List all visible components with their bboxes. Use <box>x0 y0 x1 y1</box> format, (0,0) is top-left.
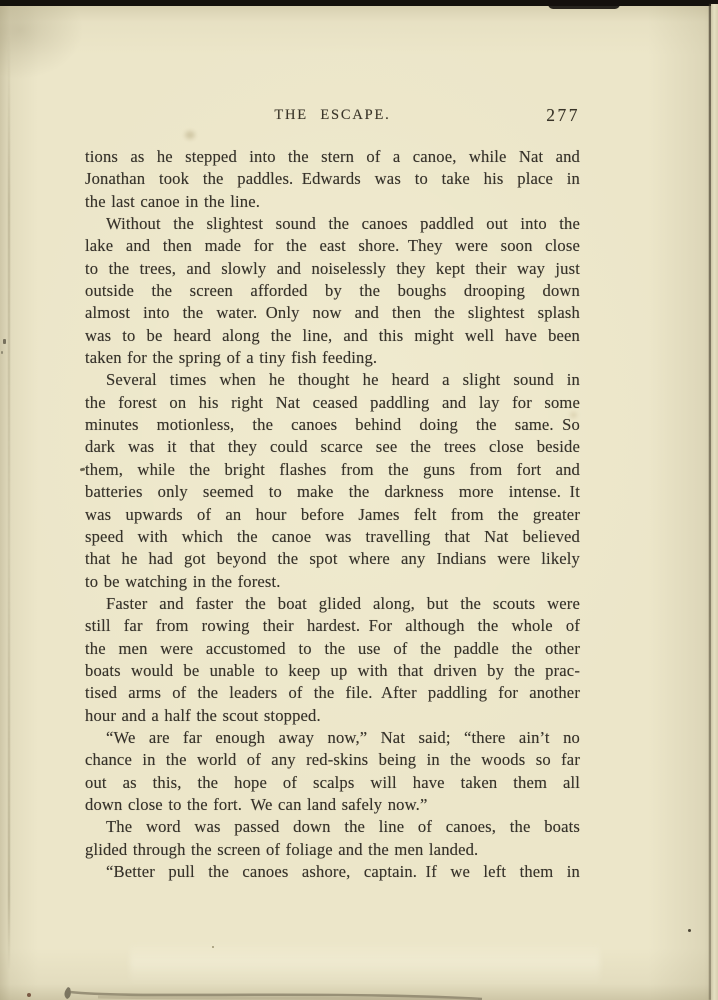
text-line: outside the screen afforded by the bough… <box>85 280 580 302</box>
text-line: was upwards of an hour before James felt… <box>85 504 580 526</box>
text-line: taken for the spring of a tiny fish feed… <box>85 347 580 369</box>
text-line: was to be heard along the line, and this… <box>85 325 580 347</box>
paragraph: Faster and faster the boat glided along,… <box>85 593 580 727</box>
page-crease-left <box>8 36 10 970</box>
page-title: THE ESCAPE. <box>85 107 580 124</box>
text-line: them, while the bright flashes from the … <box>85 459 580 481</box>
text-line: to be watching in the forest. <box>85 571 580 593</box>
ink-speck <box>3 339 6 344</box>
text-line: that he had got beyond the spot where an… <box>85 548 580 570</box>
text-line: down close to the fort. We can land safe… <box>85 794 580 816</box>
text-line: still far from rowing their hardest. For… <box>85 615 580 637</box>
ink-speck <box>1 351 3 354</box>
text-line: Faster and faster the boat glided along,… <box>85 593 580 615</box>
text-line: Without the slightest sound the canoes p… <box>85 213 580 235</box>
text-line: “Better pull the canoes ashore, captain.… <box>85 861 580 883</box>
text-line: out as this, the hope of scalps will hav… <box>85 772 580 794</box>
text-line: hour and a half the scout stopped. <box>85 705 580 727</box>
text-line: The word was passed down the line of can… <box>85 816 580 838</box>
text-line: speed with which the canoe was travellin… <box>85 526 580 548</box>
text-line: the forest on his right Nat ceased paddl… <box>85 392 580 414</box>
text-line: dark was it that they could scarce see t… <box>85 436 580 458</box>
text-line: batteries only seemed to make the darkne… <box>85 481 580 503</box>
paragraph: “Better pull the canoes ashore, captain.… <box>85 861 580 883</box>
text-line: the men were accustomed to the use of th… <box>85 638 580 660</box>
text-line: minutes motionless, the canoes behind do… <box>85 414 580 436</box>
text-block: tions as he stepped into the stern of a … <box>85 146 580 883</box>
text-line: Several times when he thought he heard a… <box>85 369 580 391</box>
text-line: chance in the world of any red-skins bei… <box>85 749 580 771</box>
scanner-edge-top <box>0 0 718 6</box>
text-line: almost into the water. Only now and then… <box>85 302 580 324</box>
ink-speck <box>27 993 31 997</box>
text-line: to the trees, and slowly and noiselessly… <box>85 258 580 280</box>
text-line: glided through the screen of foliage and… <box>85 839 580 861</box>
text-line: Jonathan took the paddles. Edwards was t… <box>85 168 580 190</box>
under-page-edge-right <box>711 4 718 1000</box>
text-line: the last canoe in the line. <box>85 191 580 213</box>
scan-light-streak <box>130 942 600 986</box>
text-line: “We are far enough away now,” Nat said; … <box>85 727 580 749</box>
page-number: 277 <box>546 105 580 126</box>
paper-stain <box>185 131 195 139</box>
running-header: THE ESCAPE. 277 <box>85 107 580 131</box>
ink-speck <box>688 929 691 932</box>
text-line: tions as he stepped into the stern of a … <box>85 146 580 168</box>
text-line: tised arms of the leaders of the file. A… <box>85 682 580 704</box>
book-scan: THE ESCAPE. 277 tions as he stepped into… <box>0 0 718 1000</box>
text-line: lake and then made for the east shore. T… <box>85 235 580 257</box>
paper-stain <box>570 412 577 418</box>
text-line: boats would be unable to keep up with th… <box>85 660 580 682</box>
ink-speck <box>212 946 214 948</box>
page-curl-shadow <box>58 984 488 1000</box>
paragraph: Without the slightest sound the canoes p… <box>85 213 580 369</box>
paragraph: “We are far enough away now,” Nat said; … <box>85 727 580 816</box>
paragraph: The word was passed down the line of can… <box>85 816 580 861</box>
paragraph: Several times when he thought he heard a… <box>85 369 580 592</box>
paragraph: tions as he stepped into the stern of a … <box>85 146 580 213</box>
